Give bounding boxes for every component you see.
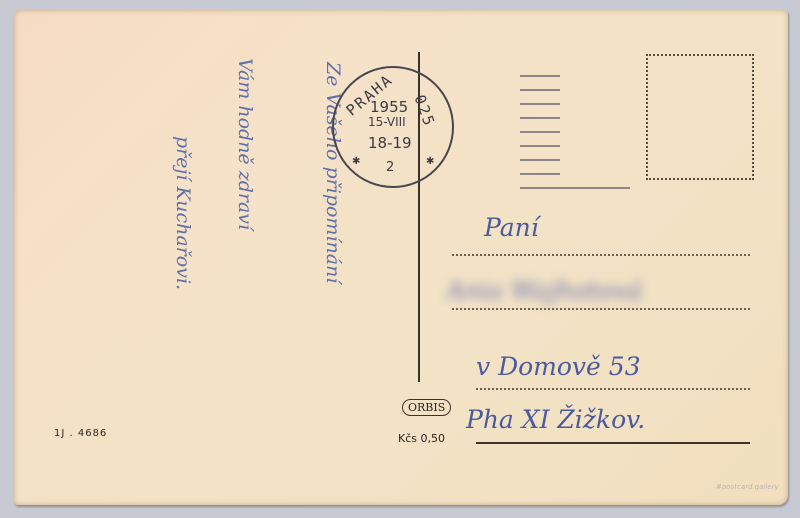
address-city: Pha XI Žižkov. <box>466 405 645 434</box>
publisher-logo: ORBIS <box>402 399 451 416</box>
star-icon: ✱ <box>352 156 360 167</box>
cancellation-bars <box>520 75 560 201</box>
postcard: Ze Vašeho připomínání Vám hodně zdraví p… <box>14 10 788 505</box>
address-name-redacted: Ania Wajhotová <box>446 276 642 305</box>
star-icon: ✱ <box>426 156 434 167</box>
watermark: #postcard.gallery <box>716 483 779 491</box>
postmark-number: 2 <box>386 160 394 175</box>
postmark-date: 15-VIII <box>368 115 406 129</box>
address-line-1 <box>452 254 750 256</box>
address-salutation: Paní <box>484 213 539 242</box>
postmark-office: 025 <box>410 92 438 129</box>
message-line-2: Vám hodně zdraví <box>234 58 256 230</box>
stamp-placeholder <box>646 54 754 180</box>
address-line-4 <box>476 442 750 444</box>
postmark-year: 1955 <box>370 98 408 116</box>
postmark-time: 18-19 <box>368 134 412 152</box>
address-line-2 <box>452 308 750 310</box>
address-street: v Domově 53 <box>476 352 641 381</box>
message-line-3: přejí Kuchařovi. <box>172 136 194 290</box>
address-line-3 <box>476 388 750 390</box>
price-label: Kčs 0,50 <box>398 432 445 445</box>
serial-number: 1J . 4686 <box>54 428 107 439</box>
postmark: PRAHA 025 1955 15-VIII 18-19 ✱ ✱ 2 <box>332 66 454 188</box>
